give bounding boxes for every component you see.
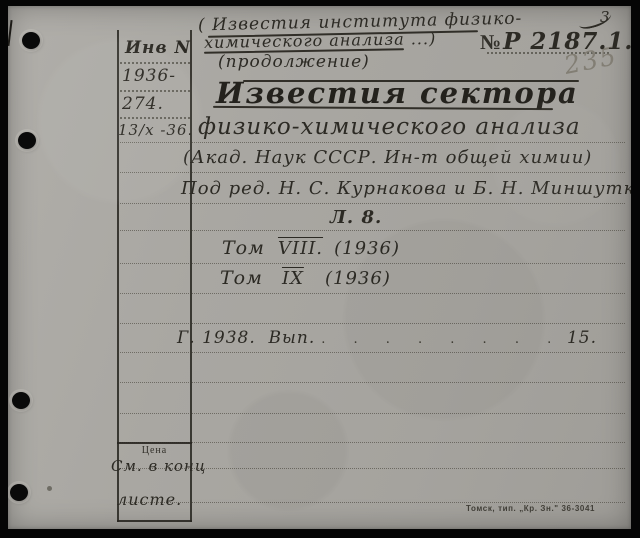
rule	[117, 263, 625, 264]
volume-numeral: IX	[282, 268, 304, 289]
header-paren-line2: химического анализа ...)	[204, 29, 437, 52]
inventory-number: 274.	[122, 94, 164, 114]
price-label: Цена	[117, 445, 192, 456]
number-sign: №	[480, 30, 501, 55]
inventory-year: 1936-	[122, 66, 176, 86]
dot-leader: . . . . . . . . . . . . . . . . . . .	[321, 332, 561, 347]
punch-hole	[22, 32, 40, 49]
rule	[117, 502, 625, 503]
rule	[117, 323, 625, 324]
issue-value: 15.	[567, 328, 597, 348]
rule	[117, 62, 190, 64]
rule	[117, 117, 190, 119]
inventory-label: Инв N	[125, 38, 191, 58]
volume-label: Том	[222, 237, 265, 259]
body-line-editors: Под ред. Н. С. Курнакова и Б. Н. Миншутк…	[181, 178, 631, 199]
header-paren-line3: (продолжение)	[218, 52, 370, 72]
rule	[117, 382, 625, 383]
rule	[117, 230, 625, 231]
volume-line-1: Том VIII. (1936)	[222, 237, 400, 259]
volume-label: Том	[220, 267, 263, 289]
price-note-line2: листе.	[117, 490, 182, 509]
rule	[117, 442, 625, 443]
card-title: Известия сектора	[216, 76, 579, 110]
punch-hole	[10, 484, 28, 501]
rule	[117, 90, 190, 92]
issue-line: Г. 1938. Вып. . . . . . . . . . . . . . …	[177, 328, 597, 348]
volume-year: (1936)	[334, 238, 400, 259]
pen-mark	[8, 20, 13, 46]
volume-year: (1936)	[325, 268, 391, 289]
volume-line-2: Том IX (1936)	[220, 267, 391, 289]
printer-imprint: Томск, тип. „Кр. Зн." 36-3041	[466, 504, 595, 513]
inventory-date: 13/х -36.	[118, 121, 193, 139]
rule	[117, 352, 625, 353]
issue-prefix: Г. 1938. Вып.	[177, 328, 315, 348]
rule	[117, 413, 625, 414]
rule	[117, 203, 625, 204]
rule	[117, 172, 625, 173]
punch-hole	[18, 132, 36, 149]
body-line-academy: (Акад. Наук СССР. Ин-т общей химии)	[183, 147, 631, 168]
price-cell-top-border	[117, 442, 192, 444]
body-line-subject: физико-химического анализа	[198, 114, 581, 140]
catalog-number: Р 2187.1.	[503, 28, 631, 55]
body-line-place: Л. 8.	[330, 207, 382, 228]
rule	[117, 142, 625, 143]
volume-numeral: VIII.	[278, 238, 323, 259]
scanned-card: 3 235 ( Известия института физико- химич…	[0, 0, 640, 538]
ink-speck	[47, 486, 52, 491]
price-note-line1: См. в конц	[111, 457, 206, 475]
price-cell-bottom-border	[117, 520, 192, 522]
punch-hole	[12, 392, 30, 409]
paper-sheet: 3 235 ( Известия института физико- химич…	[8, 6, 631, 529]
catalog-number-row: № Р 2187.1.	[480, 28, 631, 55]
rule	[117, 293, 625, 294]
